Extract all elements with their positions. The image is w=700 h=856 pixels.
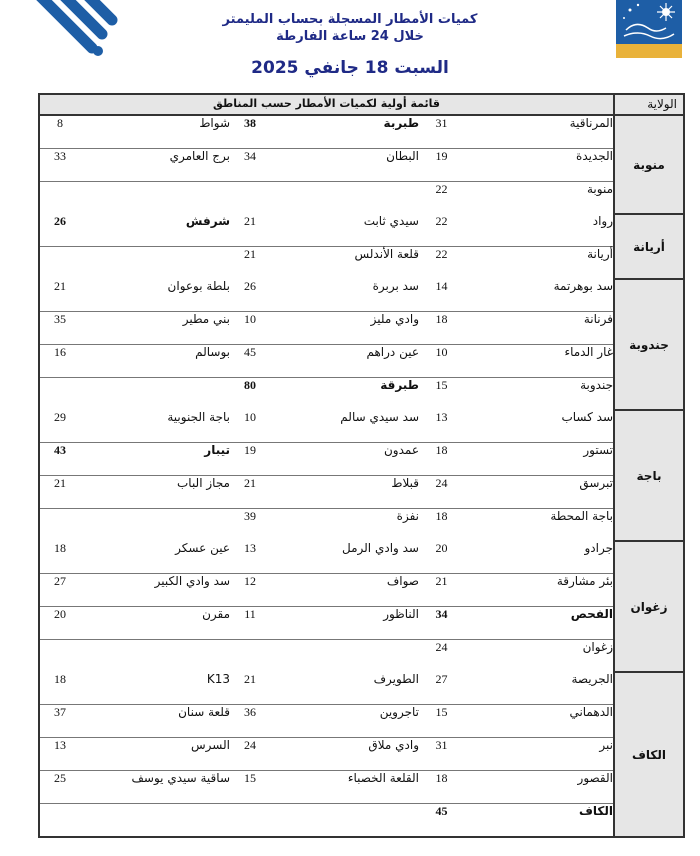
station-name [80, 804, 230, 838]
table-row: تبرسق24قبلاط21مجاز الباب21 [39, 476, 684, 509]
station-name: شواط [80, 115, 230, 149]
table-row: فرنانة18وادي مليز10بني مطير35 [39, 312, 684, 345]
table-row: القصور18القلعة الخصباء15ساقية سيدي يوسف2… [39, 771, 684, 804]
station-name: سد كساب [464, 410, 614, 443]
station-name [80, 182, 230, 215]
station-name [270, 182, 419, 215]
governorate-cell: منوبة [614, 115, 684, 214]
rainfall-value: 24 [230, 738, 270, 771]
rainfall-value: 36 [230, 705, 270, 738]
station-name [270, 804, 419, 838]
table-row: الدهماني15تاجروين36قلعة سنان37 [39, 705, 684, 738]
table-row: أريانة22قلعة الأندلس21 [39, 247, 684, 280]
rainfall-value: 21 [230, 214, 270, 247]
rainfall-value [39, 509, 80, 542]
table-row: منوبة22 [39, 182, 684, 215]
table-row: نبر31وادي ملاق24السرس13 [39, 738, 684, 771]
rainfall-value: 33 [39, 149, 80, 182]
governorate-cell: باجة [614, 410, 684, 541]
table-row: بئر مشارقة21صواف12سد وادي الكبير27 [39, 574, 684, 607]
rainfall-value: 26 [39, 214, 80, 247]
rainfall-value [39, 378, 80, 411]
rainfall-value: 10 [419, 345, 464, 378]
rainfall-value: 19 [230, 443, 270, 476]
station-name: طبرقة [270, 378, 419, 411]
rainfall-value [39, 182, 80, 215]
station-name: قبلاط [270, 476, 419, 509]
station-name: الجديدة [464, 149, 614, 182]
rainfall-value: 35 [39, 312, 80, 345]
station-name: باجة الجنوبية [80, 410, 230, 443]
station-name: غار الدماء [464, 345, 614, 378]
rainfall-value: 18 [419, 312, 464, 345]
table-row: أريانةرواد22سيدي ثابت21شرفش26 [39, 214, 684, 247]
station-name: تبرسق [464, 476, 614, 509]
rainfall-value: 12 [230, 574, 270, 607]
station-name: سيدي ثابت [270, 214, 419, 247]
rainfall-value: 21 [230, 476, 270, 509]
station-name: الجريصة [464, 672, 614, 705]
station-name: أريانة [464, 247, 614, 280]
rainfall-value: 43 [39, 443, 80, 476]
station-name: K13 [80, 672, 230, 705]
table-row: غار الدماء10عين دراهم45بوسالم16 [39, 345, 684, 378]
rainfall-value: 45 [230, 345, 270, 378]
station-name: بوسالم [80, 345, 230, 378]
rainfall-table: الولاية قائمة أولية لكميات الأمطار حسب ا… [38, 93, 685, 838]
table-row: جندوبة15طبرقة80 [39, 378, 684, 411]
station-name: المرناقية [464, 115, 614, 149]
rainfall-value: 24 [419, 476, 464, 509]
rainfall-value: 26 [230, 279, 270, 312]
station-name: سد سيدي سالم [270, 410, 419, 443]
station-name: نبر [464, 738, 614, 771]
rainfall-value: 18 [419, 509, 464, 542]
rainfall-table-body: منوبةالمرناقية31طبربة38شواط8الجديدة19الب… [39, 115, 684, 837]
rainfall-value: 37 [39, 705, 80, 738]
table-row: منوبةالمرناقية31طبربة38شواط8 [39, 115, 684, 149]
rainfall-value: 14 [419, 279, 464, 312]
rainfall-value [39, 247, 80, 280]
rainfall-value: 10 [230, 410, 270, 443]
station-name: البطان [270, 149, 419, 182]
rainfall-value: 22 [419, 247, 464, 280]
rainfall-value: 31 [419, 115, 464, 149]
table-row: باجة المحطة18نفزة39 [39, 509, 684, 542]
regions-column-header: قائمة أولية لكميات الأمطار حسب المناطق [39, 94, 614, 115]
report-subtitle: خلال 24 ساعة الفارطة [0, 29, 700, 44]
station-name: طبربة [270, 115, 419, 149]
table-row: الجديدة19البطان34برج العامري33 [39, 149, 684, 182]
rainfall-value: 21 [39, 476, 80, 509]
rainfall-value: 27 [419, 672, 464, 705]
rainfall-value: 31 [419, 738, 464, 771]
governorate-cell: جندوبة [614, 279, 684, 410]
station-name: بني مطير [80, 312, 230, 345]
station-name: السرس [80, 738, 230, 771]
rainfall-value: 39 [230, 509, 270, 542]
rainfall-value: 24 [419, 640, 464, 673]
rainfall-value: 22 [419, 182, 464, 215]
station-name: تاجروين [270, 705, 419, 738]
station-name: صواف [270, 574, 419, 607]
station-name: القلعة الخصباء [270, 771, 419, 804]
governorate-cell: أريانة [614, 214, 684, 279]
rainfall-value: 21 [230, 247, 270, 280]
rainfall-value: 45 [419, 804, 464, 838]
station-name: ساقية سيدي يوسف [80, 771, 230, 804]
rainfall-value: 15 [419, 378, 464, 411]
station-name: عين عسكر [80, 541, 230, 574]
governorate-cell: زغوان [614, 541, 684, 672]
station-name: زغوان [464, 640, 614, 673]
station-name [80, 509, 230, 542]
governorate-cell: الكاف [614, 672, 684, 837]
station-name: الفحص [464, 607, 614, 640]
station-name: الدهماني [464, 705, 614, 738]
station-name: برج العامري [80, 149, 230, 182]
station-name: منوبة [464, 182, 614, 215]
table-row: زغوانجرادو20سد وادي الرمل13عين عسكر18 [39, 541, 684, 574]
station-name [270, 640, 419, 673]
rainfall-value: 11 [230, 607, 270, 640]
rainfall-value: 21 [230, 672, 270, 705]
station-name: تيبار [80, 443, 230, 476]
rainfall-value: 21 [419, 574, 464, 607]
station-name: تستور [464, 443, 614, 476]
station-name: جرادو [464, 541, 614, 574]
station-name: سد بربرة [270, 279, 419, 312]
station-name: الكاف [464, 804, 614, 838]
rainfall-value: 13 [39, 738, 80, 771]
station-name: نفزة [270, 509, 419, 542]
table-row: زغوان24 [39, 640, 684, 673]
rainfall-value [39, 640, 80, 673]
station-name: سد وادي الكبير [80, 574, 230, 607]
station-name: مجاز الباب [80, 476, 230, 509]
governorate-column-header: الولاية [614, 94, 684, 115]
station-name: الطويرف [270, 672, 419, 705]
rainfall-value: 20 [419, 541, 464, 574]
table-row: الفحص34الناظور11مقرن20 [39, 607, 684, 640]
station-name: وادي ملاق [270, 738, 419, 771]
station-name: فرنانة [464, 312, 614, 345]
rainfall-value: 15 [419, 705, 464, 738]
station-name [80, 640, 230, 673]
station-name [80, 378, 230, 411]
station-name [80, 247, 230, 280]
station-name: مقرن [80, 607, 230, 640]
table-row: تستور18عمدون19تيبار43 [39, 443, 684, 476]
rainfall-value: 34 [230, 149, 270, 182]
station-name: بلطة بوعوان [80, 279, 230, 312]
rainfall-value: 16 [39, 345, 80, 378]
station-name: الناظور [270, 607, 419, 640]
rainfall-value: 18 [39, 672, 80, 705]
station-name: عمدون [270, 443, 419, 476]
station-name: بئر مشارقة [464, 574, 614, 607]
rainfall-value: 18 [419, 443, 464, 476]
rainfall-value: 21 [39, 279, 80, 312]
rainfall-value: 20 [39, 607, 80, 640]
rainfall-value: 80 [230, 378, 270, 411]
station-name: سد بوهرتمة [464, 279, 614, 312]
rainfall-value: 27 [39, 574, 80, 607]
station-name: شرفش [80, 214, 230, 247]
station-name: قلعة سنان [80, 705, 230, 738]
station-name: القصور [464, 771, 614, 804]
rainfall-value [230, 804, 270, 838]
rainfall-value [230, 182, 270, 215]
rainfall-value: 29 [39, 410, 80, 443]
report-date: السبت 18 جانفي 2025 [0, 58, 700, 78]
rainfall-value: 34 [419, 607, 464, 640]
rainfall-value: 10 [230, 312, 270, 345]
rainfall-value: 19 [419, 149, 464, 182]
rainfall-value: 18 [419, 771, 464, 804]
rainfall-value: 15 [230, 771, 270, 804]
rainfall-value: 25 [39, 771, 80, 804]
report-title: كميات الأمطار المسجلة بحساب المليمتر [0, 12, 700, 27]
rainfall-value [39, 804, 80, 838]
station-name: رواد [464, 214, 614, 247]
table-row: الكاف45 [39, 804, 684, 838]
rainfall-value: 13 [230, 541, 270, 574]
table-row: الكافالجريصة27الطويرف21K1318 [39, 672, 684, 705]
rainfall-value [230, 640, 270, 673]
rainfall-value: 22 [419, 214, 464, 247]
rainfall-value: 18 [39, 541, 80, 574]
station-name: سد وادي الرمل [270, 541, 419, 574]
station-name: جندوبة [464, 378, 614, 411]
table-row: باجةسد كساب13سد سيدي سالم10باجة الجنوبية… [39, 410, 684, 443]
station-name: باجة المحطة [464, 509, 614, 542]
table-row: جندوبةسد بوهرتمة14سد بربرة26بلطة بوعوان2… [39, 279, 684, 312]
rainfall-value: 38 [230, 115, 270, 149]
station-name: عين دراهم [270, 345, 419, 378]
station-name: قلعة الأندلس [270, 247, 419, 280]
station-name: وادي مليز [270, 312, 419, 345]
rainfall-value: 8 [39, 115, 80, 149]
rainfall-value: 13 [419, 410, 464, 443]
